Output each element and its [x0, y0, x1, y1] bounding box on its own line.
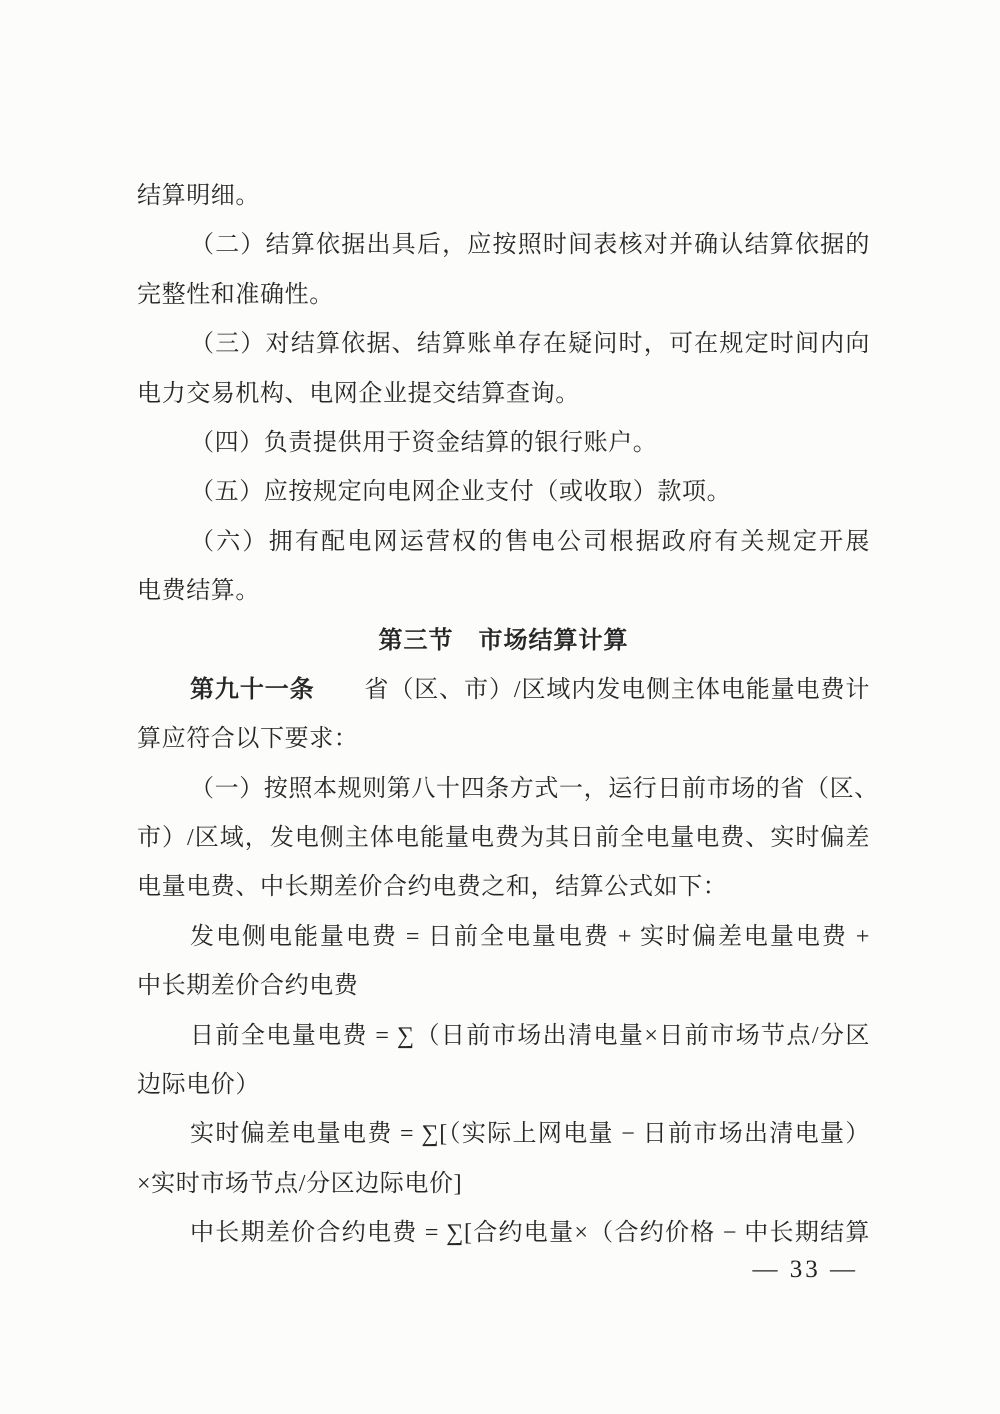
paragraph-line: 完整性和准确性。 — [137, 271, 870, 320]
paragraph-line: 电量电费、中长期差价合约电费之和，结算公式如下： — [137, 863, 870, 912]
paragraph-line: 市）/区域，发电侧主体电能量电费为其日前全电量电费、实时偏差 — [137, 814, 870, 863]
paragraph-line: （六）拥有配电网运营权的售电公司根据政府有关规定开展 — [137, 518, 870, 567]
section-heading: 第三节 市场结算计算 — [137, 617, 870, 666]
formula-line: 边际电价） — [137, 1061, 870, 1110]
paragraph-line: 电力交易机构、电网企业提交结算查询。 — [137, 370, 870, 419]
formula-line: 中长期差价合约电费 = ∑[合约电量×（合约价格 − 中长期结算 — [137, 1209, 870, 1258]
formula-line: 中长期差价合约电费 — [137, 962, 870, 1011]
paragraph-line: （二）结算依据出具后，应按照时间表核对并确认结算依据的 — [137, 221, 870, 270]
paragraph-line: 电费结算。 — [137, 567, 870, 616]
document-page: 结算明细。 （二）结算依据出具后，应按照时间表核对并确认结算依据的 完整性和准确… — [0, 0, 1000, 1414]
article-clause-line: 第九十一条 省（区、市）/区域内发电侧主体电能量电费计 — [137, 666, 870, 715]
paragraph-line: （四）负责提供用于资金结算的银行账户。 — [137, 419, 870, 468]
formula-line: 日前全电量电费 = ∑（日前市场出清电量×日前市场节点/分区 — [137, 1012, 870, 1061]
paragraph-line: （五）应按规定向电网企业支付（或收取）款项。 — [137, 468, 870, 517]
paragraph-line: 算应符合以下要求： — [137, 715, 870, 764]
article-intro-text: 省（区、市）/区域内发电侧主体电能量电费计 — [315, 677, 870, 703]
formula-line: ×实时市场节点/分区边际电价] — [137, 1160, 870, 1209]
paragraph-line: （三）对结算依据、结算账单存在疑问时，可在规定时间内向 — [137, 320, 870, 369]
article-number: 第九十一条 — [190, 677, 315, 703]
formula-line: 实时偏差电量电费 = ∑[（实际上网电量 − 日前市场出清电量） — [137, 1110, 870, 1159]
paragraph-line: （一）按照本规则第八十四条方式一，运行日前市场的省（区、 — [137, 765, 870, 814]
document-body: 结算明细。 （二）结算依据出具后，应按照时间表核对并确认结算依据的 完整性和准确… — [137, 172, 870, 1259]
paragraph-line: 结算明细。 — [137, 172, 870, 221]
page-number: — 33 — — [753, 1256, 859, 1284]
formula-line: 发电侧电能量电费 = 日前全电量电费 + 实时偏差电量电费 + — [137, 913, 870, 962]
